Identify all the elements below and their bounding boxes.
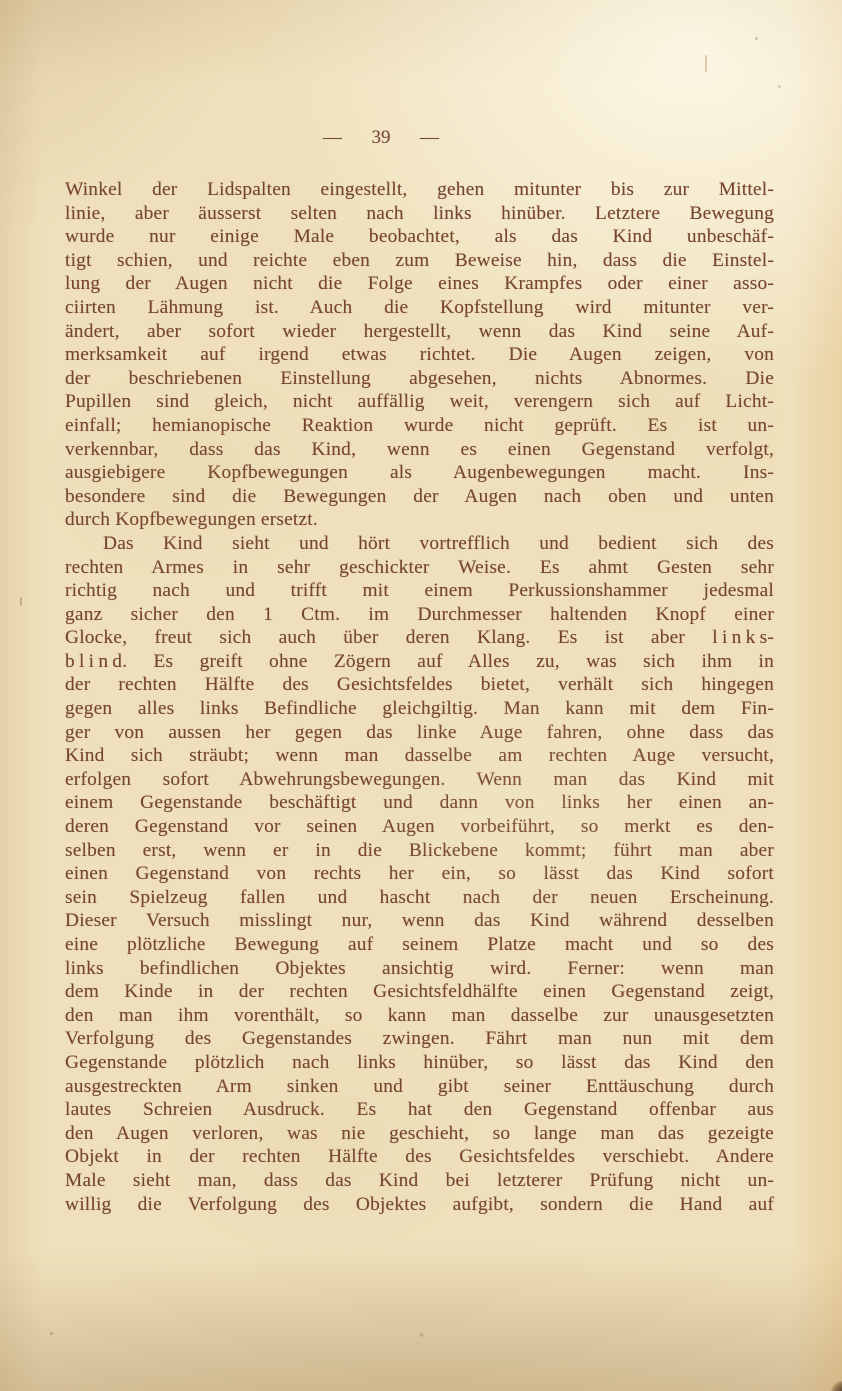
text-line: deren Gegenstand vor seinen Augen vorbei… — [65, 815, 774, 839]
text-line: einen Gegenstand von rechts her ein, so … — [65, 862, 774, 886]
text-line: Objekt in der rechten Hälfte des Gesicht… — [65, 1145, 774, 1169]
header-dash-right: — — [420, 127, 439, 149]
text-line: ger von aussen her gegen das linke Auge … — [65, 721, 774, 745]
text-line: Pupillen sind gleich, nicht auffällig we… — [65, 390, 774, 414]
text-line: gegen alles links Befindliche gleichgilt… — [65, 697, 774, 721]
text-line: lautes Schreien Ausdruck. Es hat den Geg… — [65, 1098, 774, 1122]
paper-speck — [755, 37, 758, 40]
text-line: linie, aber äusserst selten nach links h… — [65, 202, 774, 226]
text-line: erfolgen sofort Abwehrungsbewegungen. We… — [65, 768, 774, 792]
text-line: ändert, aber sofort wieder hergestellt, … — [65, 320, 774, 344]
text-line: der rechten Hälfte des Gesichtsfeldes bi… — [65, 673, 774, 697]
text-line: lung der Augen nicht die Folge eines Kra… — [65, 272, 774, 296]
text-line: einem Gegenstande beschäftigt und dann v… — [65, 791, 774, 815]
text-line: sein Spielzeug fallen und hascht nach de… — [65, 886, 774, 910]
body-text: Winkel der Lidspalten eingestellt, gehen… — [65, 178, 774, 1216]
paper-speck — [20, 597, 22, 606]
text-line: wurde nur einige Male beobachtet, als da… — [65, 225, 774, 249]
text-line: durch Kopfbewegungen ersetzt. — [65, 508, 774, 532]
text-line: ausgiebigere Kopfbewegungen als Augenbew… — [65, 461, 774, 485]
text-line: verkennbar, dass das Kind, wenn es einen… — [65, 438, 774, 462]
paper-speck — [420, 1333, 423, 1337]
text-line: einfall; hemianopische Reaktion wurde ni… — [65, 414, 774, 438]
text-line: b l i n d. Es greift ohne Zögern auf All… — [65, 650, 774, 674]
text-line: Kind sich sträubt; wenn man dasselbe am … — [65, 744, 774, 768]
text-line: Dieser Versuch misslingt nur, wenn das K… — [65, 909, 774, 933]
text-line: dem Kinde in der rechten Gesichtsfeldhäl… — [65, 980, 774, 1004]
text-line: links befindlichen Objektes ansichtig wi… — [65, 957, 774, 981]
paper-speck — [705, 55, 707, 72]
text-line: Verfolgung des Gegenstandes zwingen. Fäh… — [65, 1027, 774, 1051]
text-line: Gegenstande plötzlich nach links hinüber… — [65, 1051, 774, 1075]
scanned-book-page: — 39 — Winkel der Lidspalten eingestellt… — [0, 0, 842, 1391]
text-line: richtig nach und trifft mit einem Perkus… — [65, 579, 774, 603]
page-corner-shadow — [830, 1381, 842, 1391]
header-dash-left: — — [323, 127, 342, 149]
text-line: rechten Armes in sehr geschickter Weise.… — [65, 556, 774, 580]
text-line: willig die Verfolgung des Objektes aufgi… — [65, 1193, 774, 1217]
text-line: eine plötzliche Bewegung auf seinem Plat… — [65, 933, 774, 957]
page-number: 39 — [372, 127, 391, 149]
text-line: tigt schien, und reichte eben zum Beweis… — [65, 249, 774, 273]
paper-speck — [50, 1332, 53, 1335]
page-header: — 39 — — [323, 127, 439, 149]
text-line: ciirten Lähmung ist. Auch die Kopfstellu… — [65, 296, 774, 320]
text-line: den man ihm vorenthält, so kann man dass… — [65, 1004, 774, 1028]
text-line: Male sieht man, dass das Kind bei letzte… — [65, 1169, 774, 1193]
text-line: ganz sicher den 1 Ctm. im Durchmesser ha… — [65, 603, 774, 627]
text-line: Winkel der Lidspalten eingestellt, gehen… — [65, 178, 774, 202]
paper-speck — [778, 85, 781, 88]
text-line: der beschriebenen Einstellung abgesehen,… — [65, 367, 774, 391]
text-line: ausgestreckten Arm sinken und gibt seine… — [65, 1075, 774, 1099]
text-line: Glocke, freut sich auch über deren Klang… — [65, 626, 774, 650]
text-line: merksamkeit auf irgend etwas richtet. Di… — [65, 343, 774, 367]
text-line: Das Kind sieht und hört vortrefflich und… — [65, 532, 774, 556]
text-line: besondere sind die Bewegungen der Augen … — [65, 485, 774, 509]
text-line: selben erst, wenn er in die Blickebene k… — [65, 839, 774, 863]
text-line: den Augen verloren, was nie geschieht, s… — [65, 1122, 774, 1146]
